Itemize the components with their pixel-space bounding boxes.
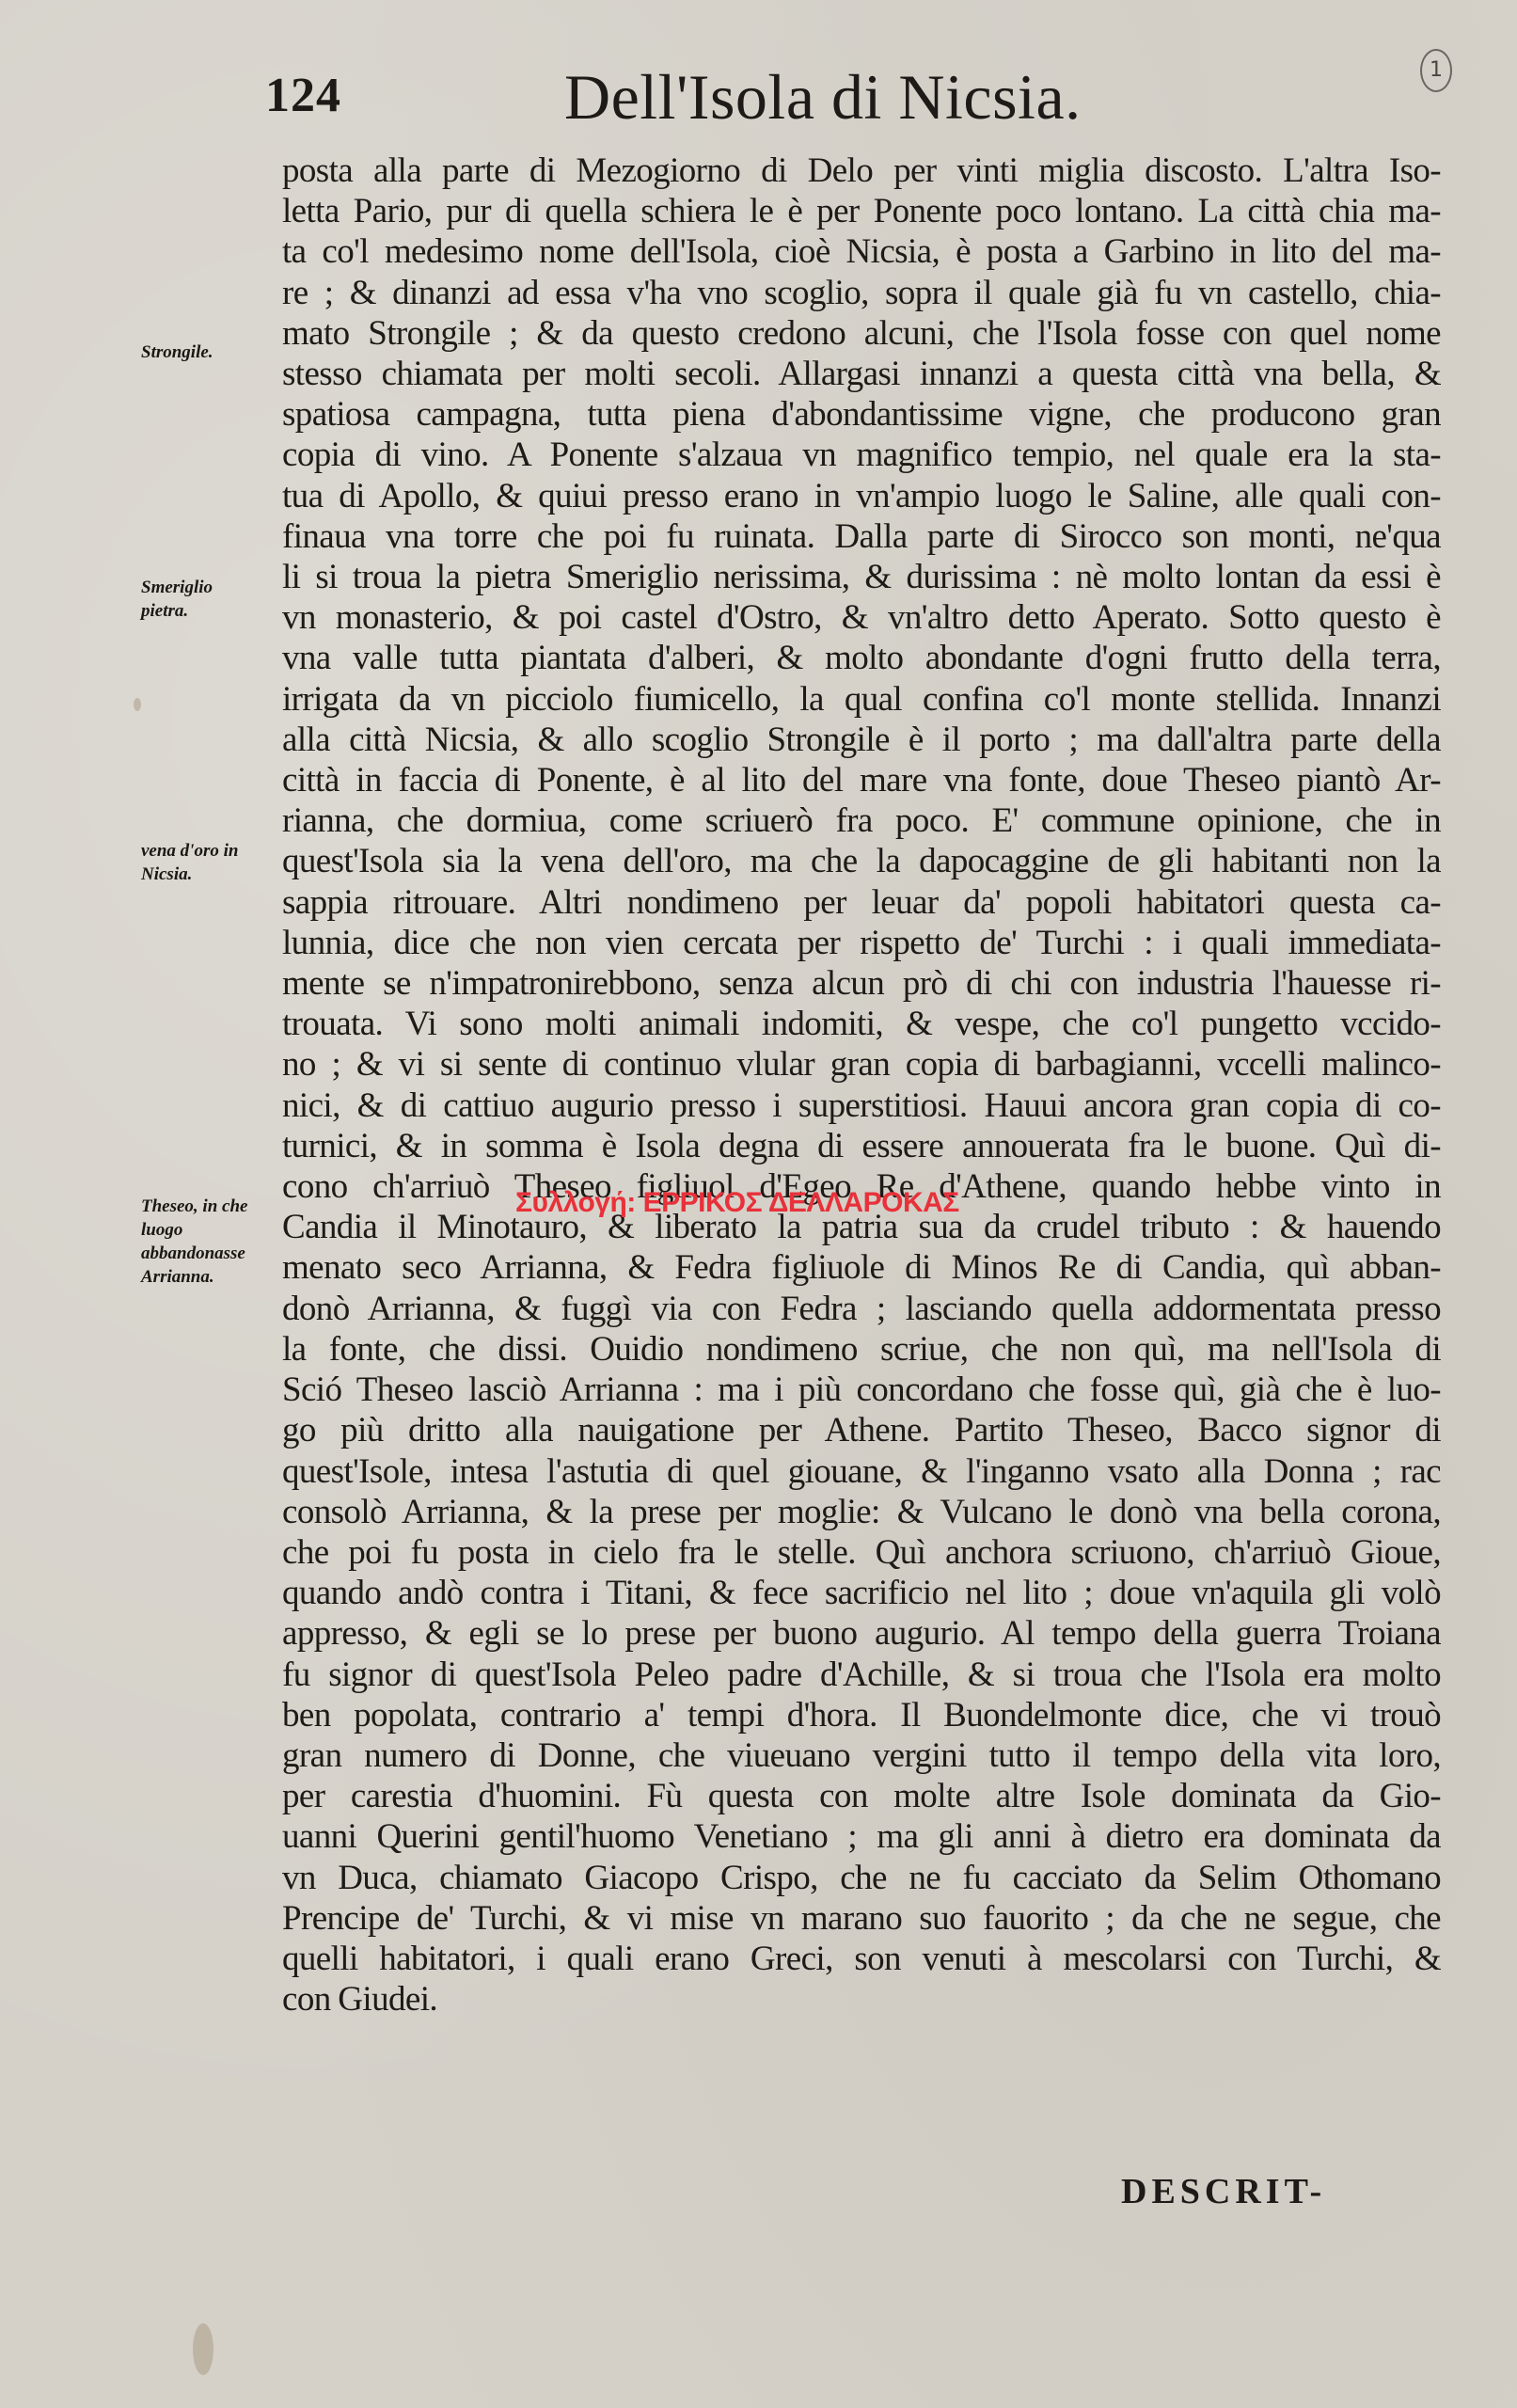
text-line: consolò Arrianna, & la prese per moglie:… (282, 1492, 1441, 1532)
text-line: trouata. Vi sono molti animali indomiti,… (282, 1004, 1441, 1044)
text-line: sappia ritrouare. Altri nondimeno per le… (282, 882, 1441, 923)
text-line: vna valle tutta piantata d'alberi, & mol… (282, 638, 1441, 678)
text-line: quest'Isola sia la vena dell'oro, ma che… (282, 841, 1441, 881)
text-line: posta alla parte di Mezogiorno di Delo p… (282, 150, 1441, 191)
text-line: mente se n'impatronirebbono, senza alcun… (282, 963, 1441, 1004)
text-line: ta co'l medesimo nome dell'Isola, cioè N… (282, 231, 1441, 272)
text-line: spatiosa campagna, tutta piena d'abondan… (282, 394, 1441, 435)
text-line: vn Duca, chiamato Giacopo Crispo, che ne… (282, 1858, 1441, 1898)
margin-note: Theseo, in che luogo abbandonasse Arrian… (141, 1195, 259, 1289)
text-line: Sció Theseo lasciò Arrianna : ma i più c… (282, 1370, 1441, 1410)
folio-annotation: 1 (1420, 49, 1452, 92)
paper-stain (134, 698, 141, 711)
text-line: li si troua la pietra Smeriglio nerissim… (282, 557, 1441, 597)
text-line: vn monasterio, & poi castel d'Ostro, & v… (282, 597, 1441, 638)
text-line: rianna, che dormiua, come scriuerò fra p… (282, 800, 1441, 841)
text-line: finaua vna torre che poi fu ruinata. Dal… (282, 516, 1441, 557)
text-line: che poi fu posta in cielo fra le stelle.… (282, 1532, 1441, 1573)
text-line: alla città Nicsia, & allo scoglio Strong… (282, 720, 1441, 760)
body-text: posta alla parte di Mezogiorno di Delo p… (282, 150, 1441, 2020)
margin-note: vena d'oro in Nicsia. (141, 839, 259, 886)
margin-note: Smeriglio pietra. (141, 576, 259, 623)
text-line: per carestia d'huomini. Fù questa con mo… (282, 1776, 1441, 1816)
paper-stain (193, 2323, 213, 2375)
text-line: gran numero di Donne, che viueuano vergi… (282, 1735, 1441, 1776)
margin-note: Strongile. (141, 341, 259, 364)
text-line: menato seco Arrianna, & Fedra figliuole … (282, 1247, 1441, 1288)
text-line: la fonte, che dissi. Ouidio nondimeno sc… (282, 1329, 1441, 1370)
text-line: quest'Isole, intesa l'astutia di quel gi… (282, 1451, 1441, 1492)
text-line: ben popolata, contrario a' tempi d'hora.… (282, 1695, 1441, 1735)
text-line: città in faccia di Ponente, è al lito de… (282, 760, 1441, 800)
text-line: fu signor di quest'Isola Peleo padre d'A… (282, 1655, 1441, 1695)
text-line: copia di vino. A Ponente s'alzaua vn mag… (282, 435, 1441, 475)
page-number: 124 (265, 68, 341, 123)
text-line: go più dritto alla nauigatione per Athen… (282, 1410, 1441, 1450)
text-line: mato Strongile ; & da questo credono alc… (282, 313, 1441, 354)
text-line: letta Pario, pur di quella schiera le è … (282, 191, 1441, 231)
text-line: donò Arrianna, & fuggì via con Fedra ; l… (282, 1289, 1441, 1329)
text-line: quando andò contra i Titani, & fece sacr… (282, 1573, 1441, 1613)
text-line: re ; & dinanzi ad essa v'ha vno scoglio,… (282, 273, 1441, 313)
text-line: uanni Querini gentil'huomo Venetiano ; m… (282, 1816, 1441, 1857)
text-line: stesso chiamata per molti secoli. Allarg… (282, 354, 1441, 394)
catchword: DESCRIT- (1121, 2171, 1326, 2212)
text-line: Prencipe de' Turchi, & vi mise vn marano… (282, 1898, 1441, 1939)
text-line: appresso, & egli se lo prese per buono a… (282, 1613, 1441, 1654)
text-line: lunnia, dice che non vien cercata per ri… (282, 923, 1441, 963)
collection-watermark: Συλλογή: ΕΡΡΙΚΟΣ ΔΕΛΛΑΡΟΚΑΣ (515, 1187, 959, 1219)
text-line: nici, & di cattiuo augurio presso i supe… (282, 1085, 1441, 1126)
text-line: irrigata da vn picciolo fiumicello, la q… (282, 679, 1441, 720)
text-line: tua di Apollo, & quiui presso erano in v… (282, 476, 1441, 516)
text-line: turnici, & in somma è Isola degna di ess… (282, 1126, 1441, 1166)
text-line: con Giudei. (282, 1979, 1441, 2020)
text-line: no ; & vi si sente di continuo vlular gr… (282, 1044, 1441, 1085)
running-title: Dell'Isola di Nicsia. (564, 60, 1082, 135)
text-line: quelli habitatori, i quali erano Greci, … (282, 1939, 1441, 1979)
